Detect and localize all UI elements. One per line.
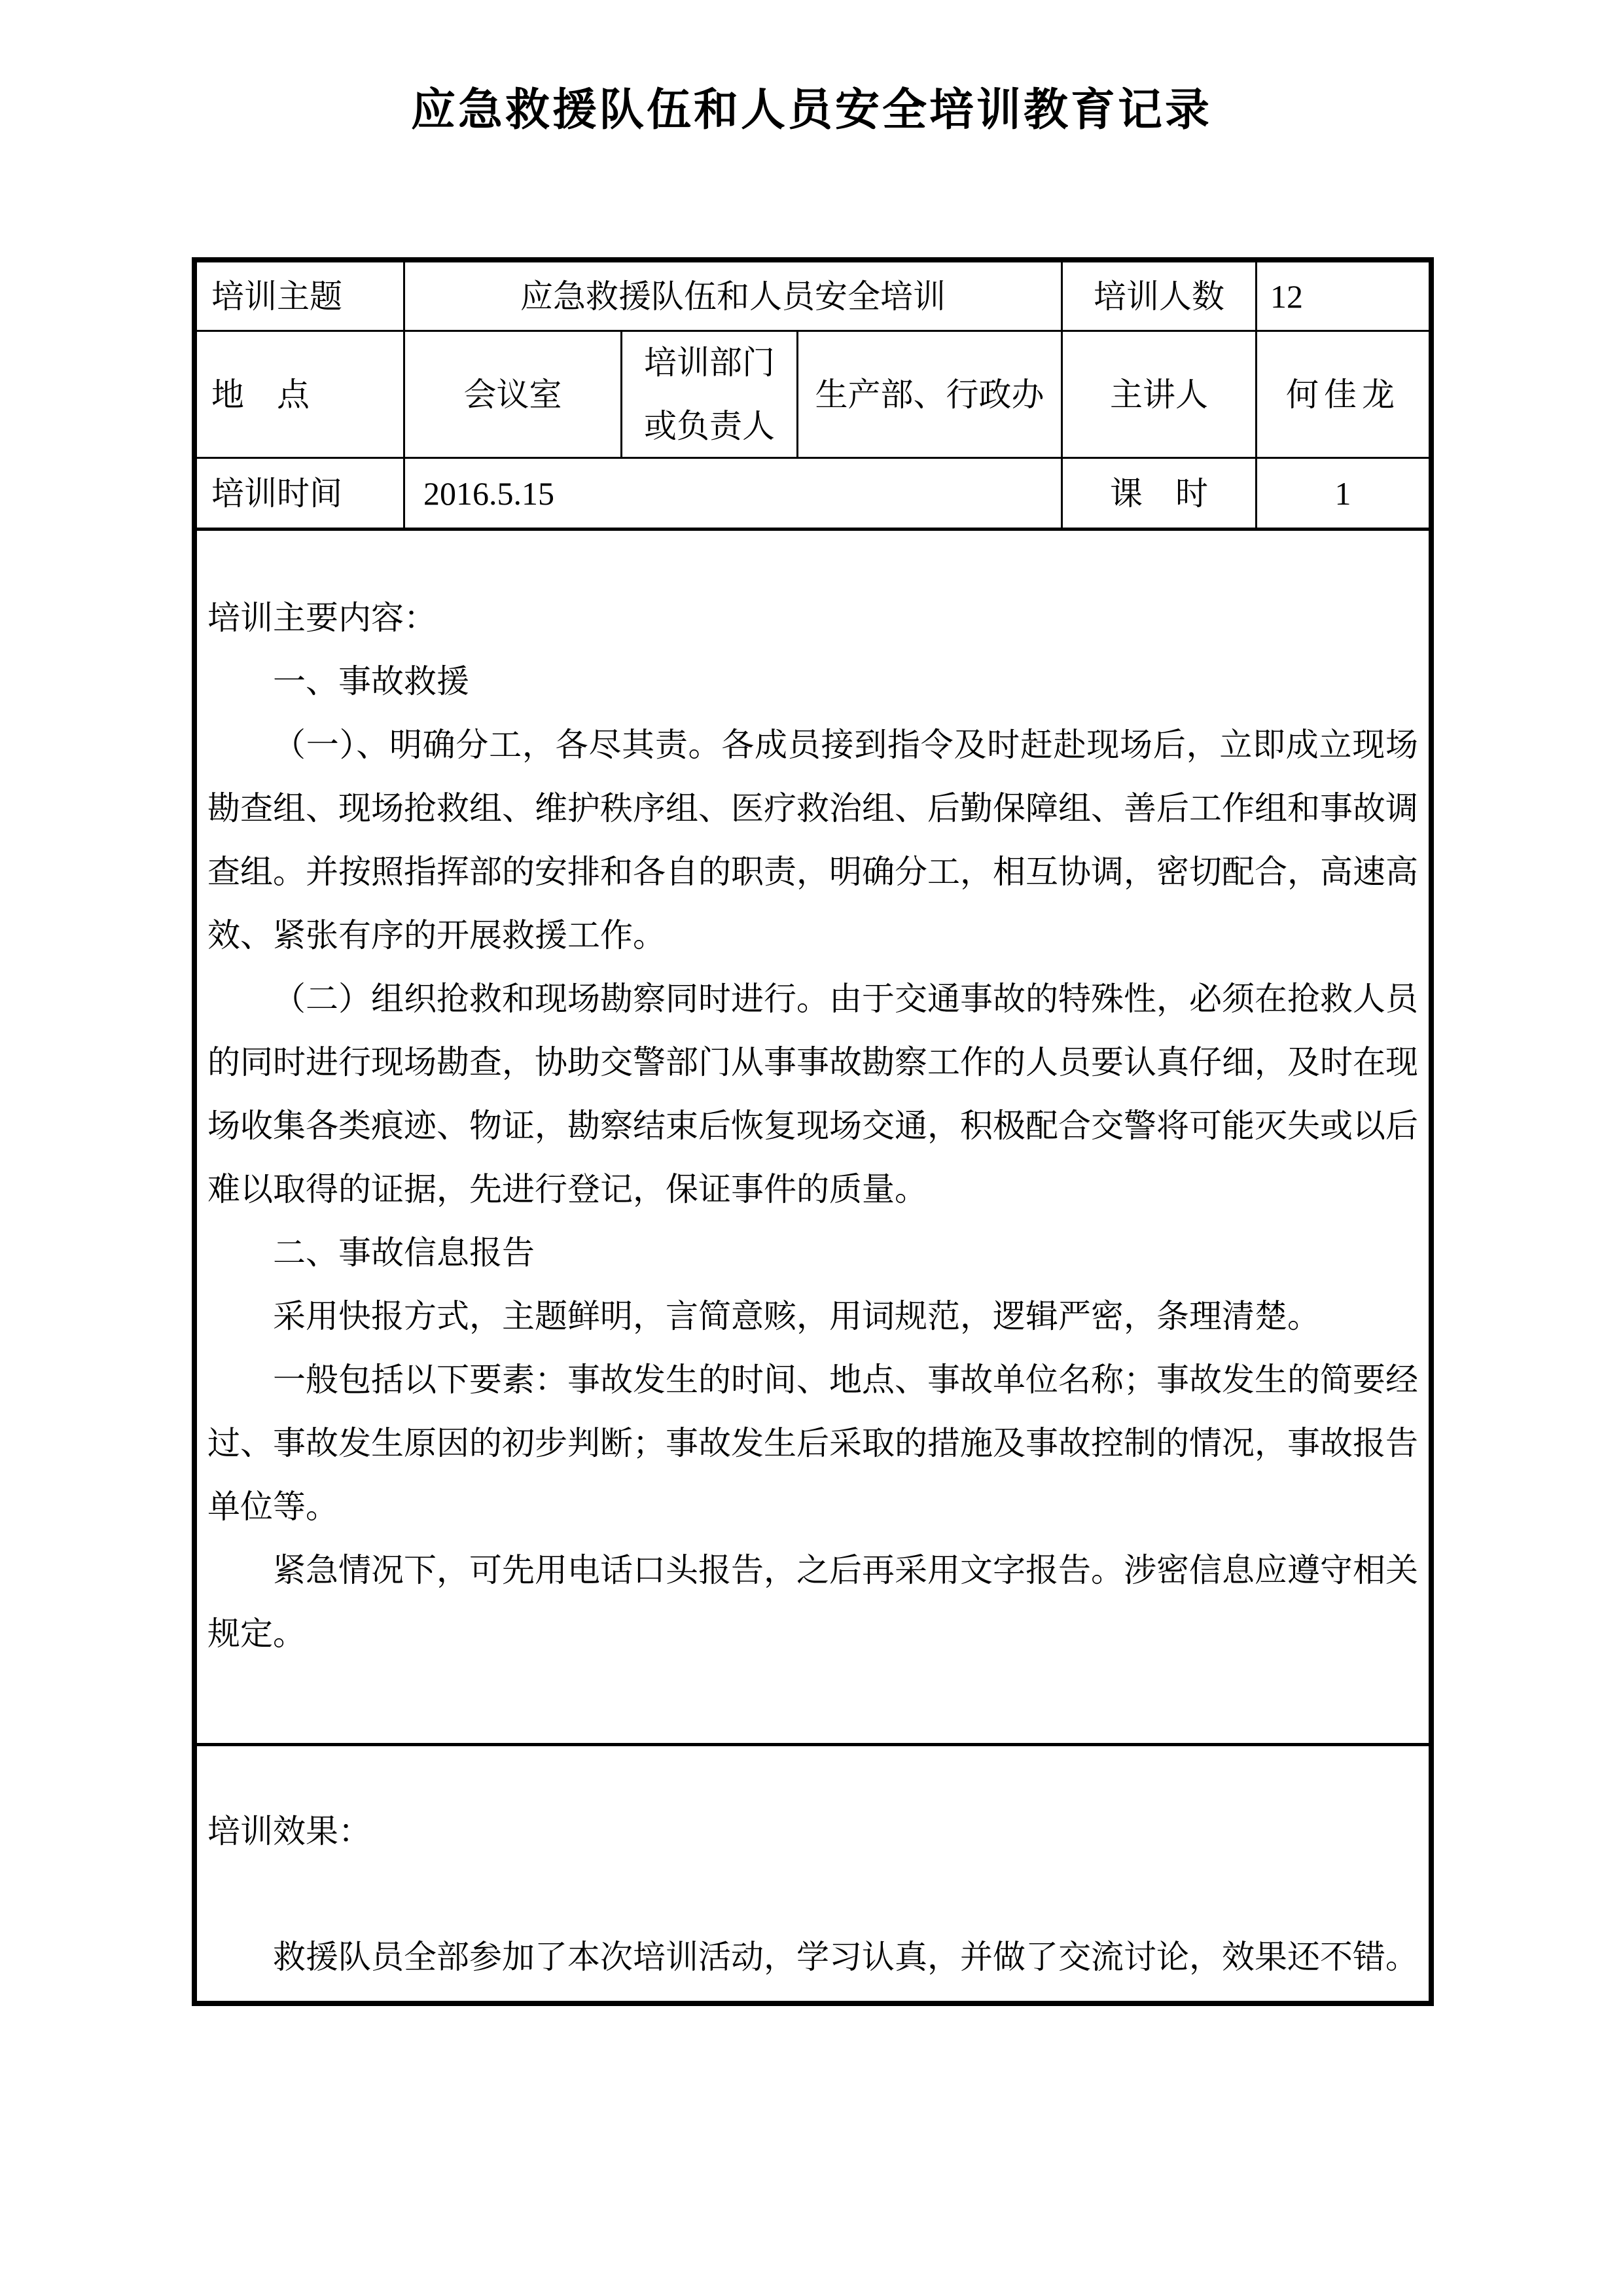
training-content-cell: 培训主要内容： 一、事故救援 （一）、明确分工，各尽其责。各成员接到指令及时赶赴…: [197, 531, 1429, 1743]
training-dept-label-line1: 培训部门: [644, 332, 775, 395]
topic-value: 应急救援队伍和人员安全培训: [405, 262, 1063, 330]
class-hours-value: 1: [1257, 459, 1429, 528]
location-value: 会议室: [405, 332, 622, 457]
training-record-table: 培训主题 应急救援队伍和人员安全培训 培训人数 12 地 点 会议室 培训部门 …: [192, 257, 1434, 2006]
trainee-count-value: 12: [1257, 262, 1429, 330]
training-dept-label: 培训部门 或负责人: [622, 332, 798, 457]
content-paragraph: 紧急情况下，可先用电话口头报告，之后再采用文字报告。涉密信息应遵守相关规定。: [207, 1539, 1418, 1666]
content-paragraph: 一般包括以下要素：事故发生的时间、地点、事故单位名称；事故发生的简要经过、事故发…: [207, 1348, 1418, 1539]
training-dept-label-lines: 培训部门 或负责人: [644, 332, 775, 457]
speaker-value: 何佳龙: [1257, 332, 1429, 457]
content-paragraph: 一、事故救援: [207, 650, 1418, 713]
document-page: 应急救援队伍和人员安全培训教育记录 培训主题 应急救援队伍和人员安全培训 培训人…: [0, 0, 1623, 2296]
content-paragraph: （一）、明确分工，各尽其责。各成员接到指令及时赶赴现场后，立即成立现场勘查组、现…: [207, 713, 1418, 967]
training-dept-label-line2: 或负责人: [644, 395, 775, 457]
training-time-label: 培训时间: [197, 459, 405, 528]
table-row-time: 培训时间 2016.5.15 课 时 1: [197, 459, 1429, 531]
content-label: 培训主要内容：: [207, 586, 1418, 650]
topic-label: 培训主题: [197, 262, 405, 330]
class-hours-label: 课 时: [1063, 459, 1257, 528]
speaker-label: 主讲人: [1063, 332, 1257, 457]
trainee-count-label: 培训人数: [1063, 262, 1257, 330]
training-dept-value: 生产部、行政办: [798, 332, 1063, 457]
effect-label: 培训效果：: [207, 1800, 1418, 1863]
table-row-location: 地 点 会议室 培训部门 或负责人 生产部、行政办 主讲人 何佳龙: [197, 332, 1429, 459]
table-row-topic: 培训主题 应急救援队伍和人员安全培训 培训人数 12: [197, 262, 1429, 332]
content-paragraph: 采用快报方式，主题鲜明，言简意赅，用词规范，逻辑严密，条理清楚。: [207, 1285, 1418, 1348]
effect-text: 救援队员全部参加了本次培训活动，学习认真，并做了交流讨论，效果还不错。: [207, 1926, 1418, 1989]
location-label: 地 点: [197, 332, 405, 457]
content-paragraph: 二、事故信息报告: [207, 1221, 1418, 1285]
content-paragraph: （二）组织抢救和现场勘察同时进行。由于交通事故的特殊性，必须在抢救人员的同时进行…: [207, 967, 1418, 1221]
training-time-value: 2016.5.15: [405, 459, 1063, 528]
table-row-effect: 培训效果： 救援队员全部参加了本次培训活动，学习认真，并做了交流讨论，效果还不错…: [197, 1746, 1429, 2001]
training-effect-cell: 培训效果： 救援队员全部参加了本次培训活动，学习认真，并做了交流讨论，效果还不错…: [197, 1746, 1429, 2001]
page-title: 应急救援队伍和人员安全培训教育记录: [0, 75, 1623, 138]
table-row-content: 培训主要内容： 一、事故救援 （一）、明确分工，各尽其责。各成员接到指令及时赶赴…: [197, 531, 1429, 1746]
